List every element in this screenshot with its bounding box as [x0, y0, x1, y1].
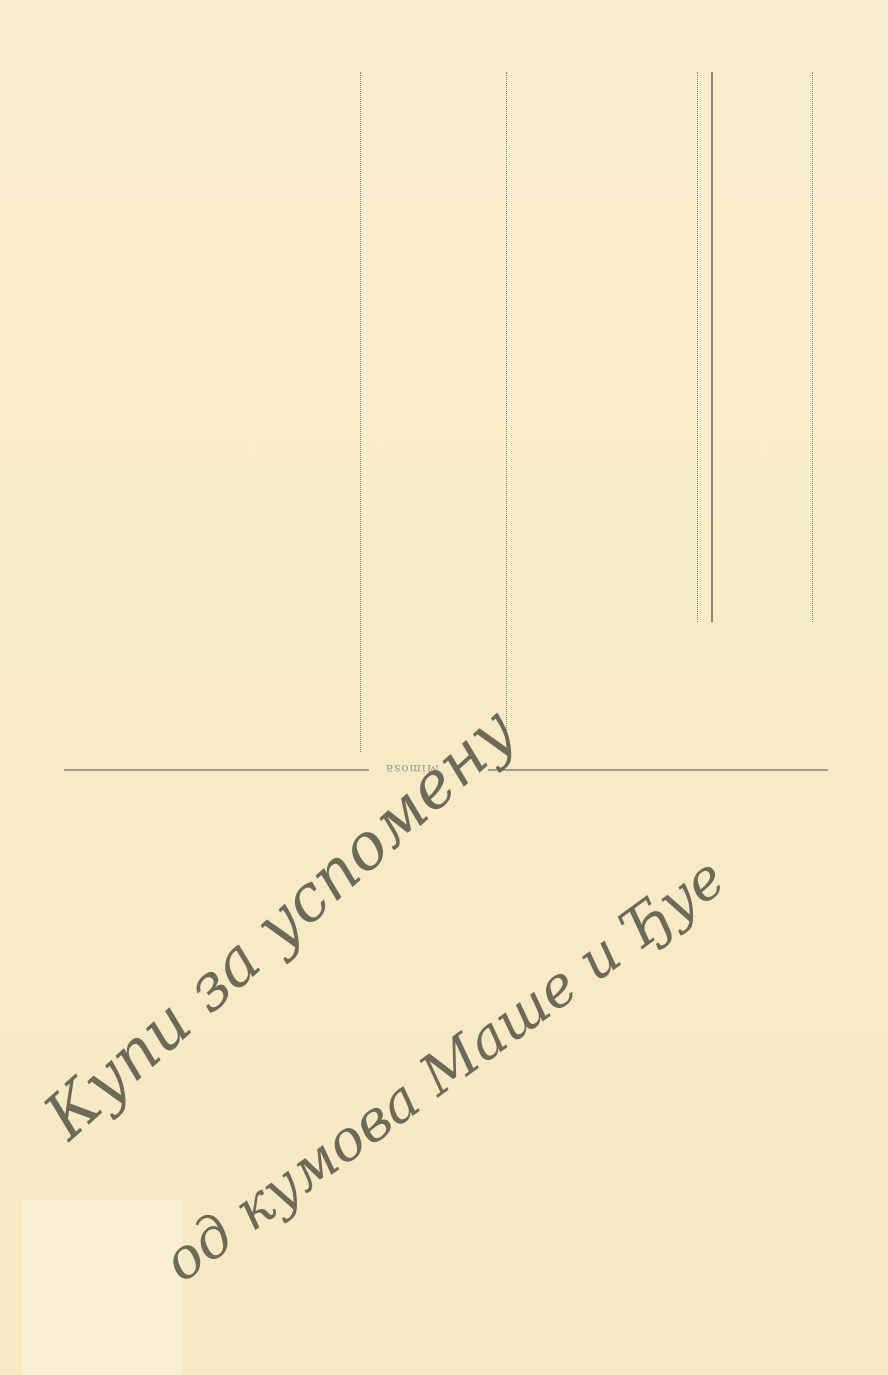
stamp-box-line	[812, 72, 813, 622]
horizontal-rule	[64, 769, 369, 771]
postcard-back: Mimosa Купи за успомену од кумова Маше и…	[0, 0, 888, 1375]
stamp-box-line	[711, 72, 713, 622]
paper-patch	[22, 1200, 182, 1375]
divider-line	[506, 72, 507, 752]
horizontal-rule	[488, 769, 828, 771]
divider-line	[360, 72, 361, 752]
stamp-box-line	[697, 72, 698, 622]
